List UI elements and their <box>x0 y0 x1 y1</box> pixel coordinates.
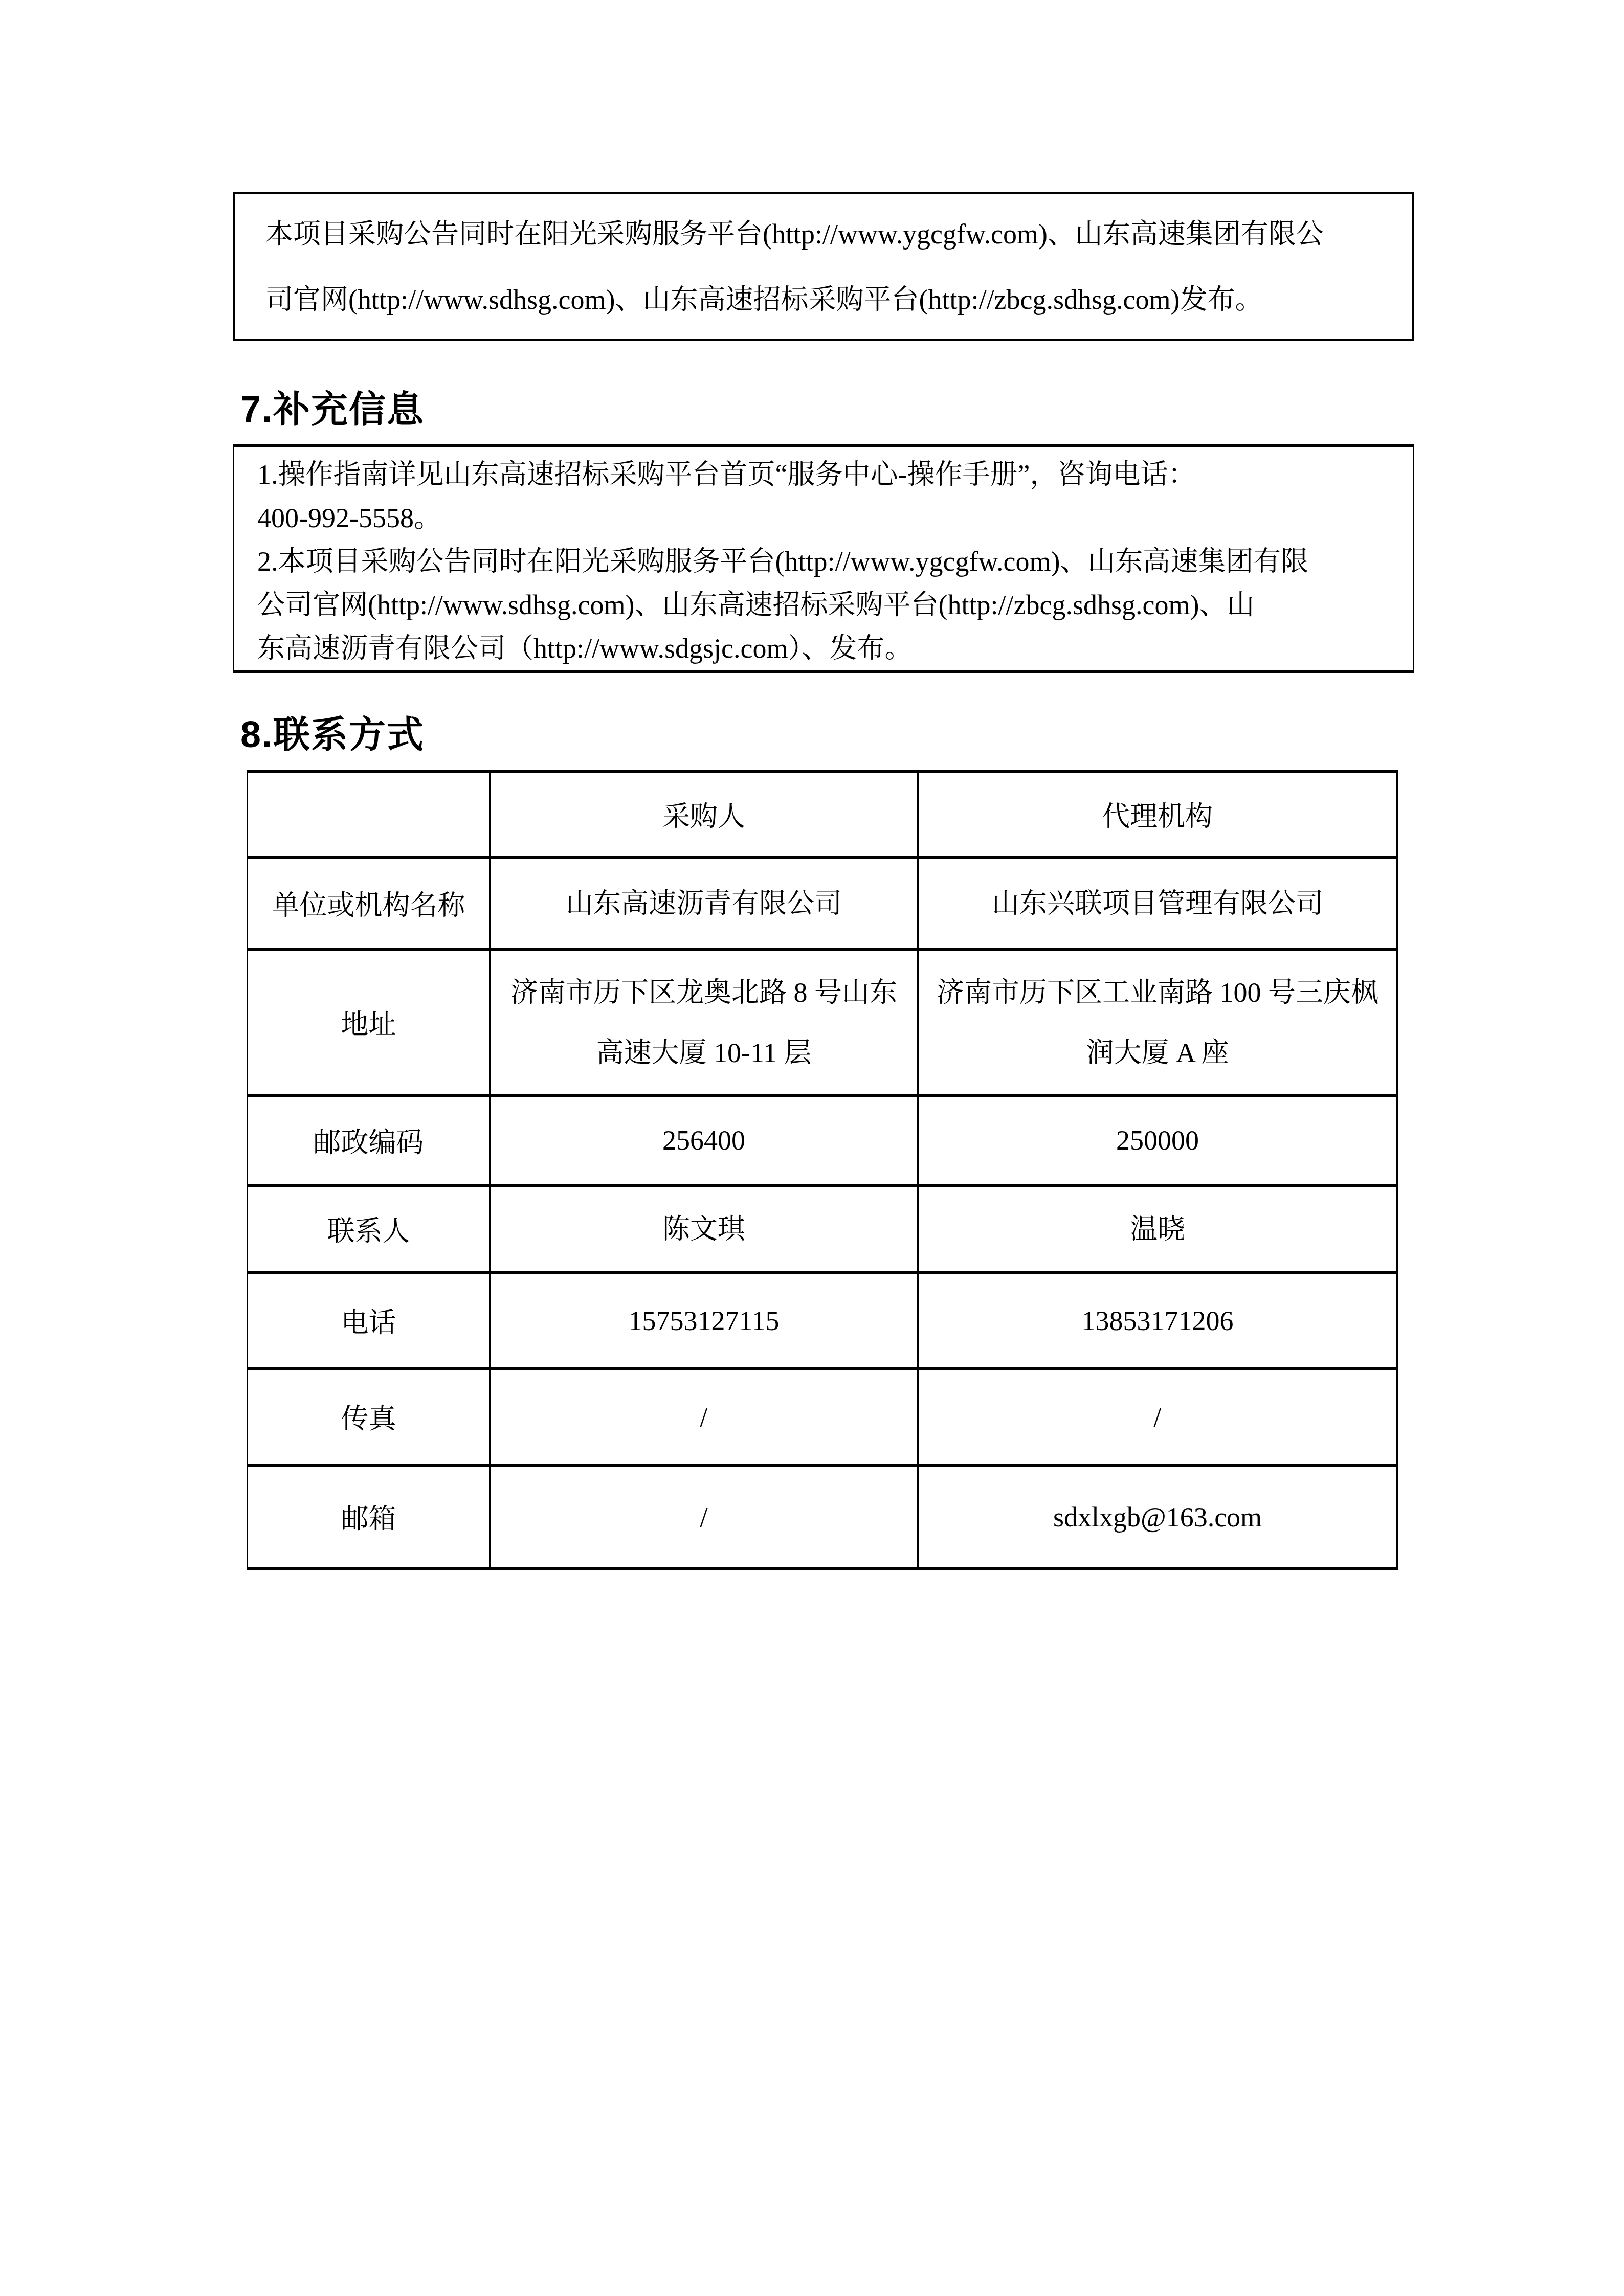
section-7-heading: 7.补充信息 <box>240 379 425 433</box>
text-line: 山东高速沥青有限公司 <box>501 873 907 934</box>
agency-fax: / <box>918 1368 1397 1465</box>
agency-phone: 13853171206 <box>918 1273 1397 1368</box>
row-label: 单位或机构名称 <box>248 857 490 950</box>
row-label: 电话 <box>248 1273 490 1368</box>
text-line: 润大厦 A 座 <box>929 1023 1386 1083</box>
text-line: / <box>929 1387 1386 1447</box>
agency-postcode: 250000 <box>918 1095 1397 1185</box>
header-purchaser-cell: 采购人 <box>490 771 918 857</box>
document-page: { "page": { "background": "#ffffff", "te… <box>0 0 1624 2296</box>
agency-email: sdxlxgb@163.com <box>918 1465 1397 1569</box>
text-line: / <box>501 1387 907 1447</box>
text-line: 山东兴联项目管理有限公司 <box>929 873 1386 934</box>
row-label: 联系人 <box>248 1185 490 1273</box>
row-label: 邮箱 <box>248 1465 490 1569</box>
text-line: 陈文琪 <box>501 1199 907 1259</box>
text-line: 2.本项目采购公告同时在阳光采购服务平台(http://www.ygcgfw.c… <box>257 540 1392 583</box>
table-row-address: 地址 济南市历下区龙奥北路 8 号山东高速大厦 10-11 层 济南市历下区工业… <box>248 950 1397 1095</box>
row-label: 邮政编码 <box>248 1095 490 1185</box>
text-line: 东高速沥青有限公司（http://www.sdgsjc.com）、发布。 <box>257 627 1392 670</box>
table-row-email: 邮箱 / sdxlxgb@163.com <box>248 1465 1397 1569</box>
purchaser-contact-person: 陈文琪 <box>490 1185 918 1273</box>
table-row-phone: 电话 15753127115 13853171206 <box>248 1273 1397 1368</box>
text-line: 250000 <box>929 1110 1386 1170</box>
table-row-fax: 传真 / / <box>248 1368 1397 1465</box>
text-line: 15753127115 <box>501 1291 907 1351</box>
text-line: 1.操作指南详见山东高速招标采购平台首页“服务中心-操作手册”，咨询电话： <box>257 453 1392 497</box>
agency-address: 济南市历下区工业南路 100 号三庆枫润大厦 A 座 <box>918 950 1397 1095</box>
text-line: sdxlxgb@163.com <box>929 1487 1386 1547</box>
table-row-postcode: 邮政编码 256400 250000 <box>248 1095 1397 1185</box>
agency-org-name: 山东兴联项目管理有限公司 <box>918 857 1397 950</box>
section-8-heading: 8.联系方式 <box>240 705 425 758</box>
text-line: 400-992-5558。 <box>257 497 1392 540</box>
text-line: 13853171206 <box>929 1291 1386 1351</box>
purchaser-address: 济南市历下区龙奥北路 8 号山东高速大厦 10-11 层 <box>490 950 918 1095</box>
purchaser-phone: 15753127115 <box>490 1273 918 1368</box>
purchaser-postcode: 256400 <box>490 1095 918 1185</box>
text-line: 温晓 <box>929 1199 1386 1259</box>
purchaser-fax: / <box>490 1368 918 1465</box>
contact-info-table: 采购人 代理机构 单位或机构名称 山东高速沥青有限公司 山东兴联项目管理有限公司… <box>247 770 1398 1570</box>
purchaser-email: / <box>490 1465 918 1569</box>
header-agency-cell: 代理机构 <box>918 771 1397 857</box>
row-label: 地址 <box>248 950 490 1095</box>
text-line: / <box>501 1487 907 1547</box>
text-line: 本项目采购公告同时在阳光采购服务平台(http://www.ygcgfw.com… <box>265 201 1384 267</box>
text-line: 司官网(http://www.sdhsg.com)、山东高速招标采购平台(htt… <box>265 267 1384 332</box>
publish-notice-box: 本项目采购公告同时在阳光采购服务平台(http://www.ygcgfw.com… <box>233 192 1414 341</box>
text-line: 公司官网(http://www.sdhsg.com)、山东高速招标采购平台(ht… <box>257 583 1392 627</box>
row-label: 传真 <box>248 1368 490 1465</box>
supplementary-info-box: 1.操作指南详见山东高速招标采购平台首页“服务中心-操作手册”，咨询电话：400… <box>233 444 1414 673</box>
table-row-contact-person: 联系人 陈文琪 温晓 <box>248 1185 1397 1273</box>
table-row-org-name: 单位或机构名称 山东高速沥青有限公司 山东兴联项目管理有限公司 <box>248 857 1397 950</box>
table-row-header: 采购人 代理机构 <box>248 771 1397 857</box>
header-empty-cell <box>248 771 490 857</box>
agency-contact-person: 温晓 <box>918 1185 1397 1273</box>
text-line: 济南市历下区工业南路 100 号三庆枫 <box>929 962 1386 1023</box>
text-line: 济南市历下区龙奥北路 8 号山东 <box>501 962 907 1023</box>
purchaser-org-name: 山东高速沥青有限公司 <box>490 857 918 950</box>
text-line: 高速大厦 10-11 层 <box>501 1023 907 1083</box>
text-line: 256400 <box>501 1110 907 1170</box>
